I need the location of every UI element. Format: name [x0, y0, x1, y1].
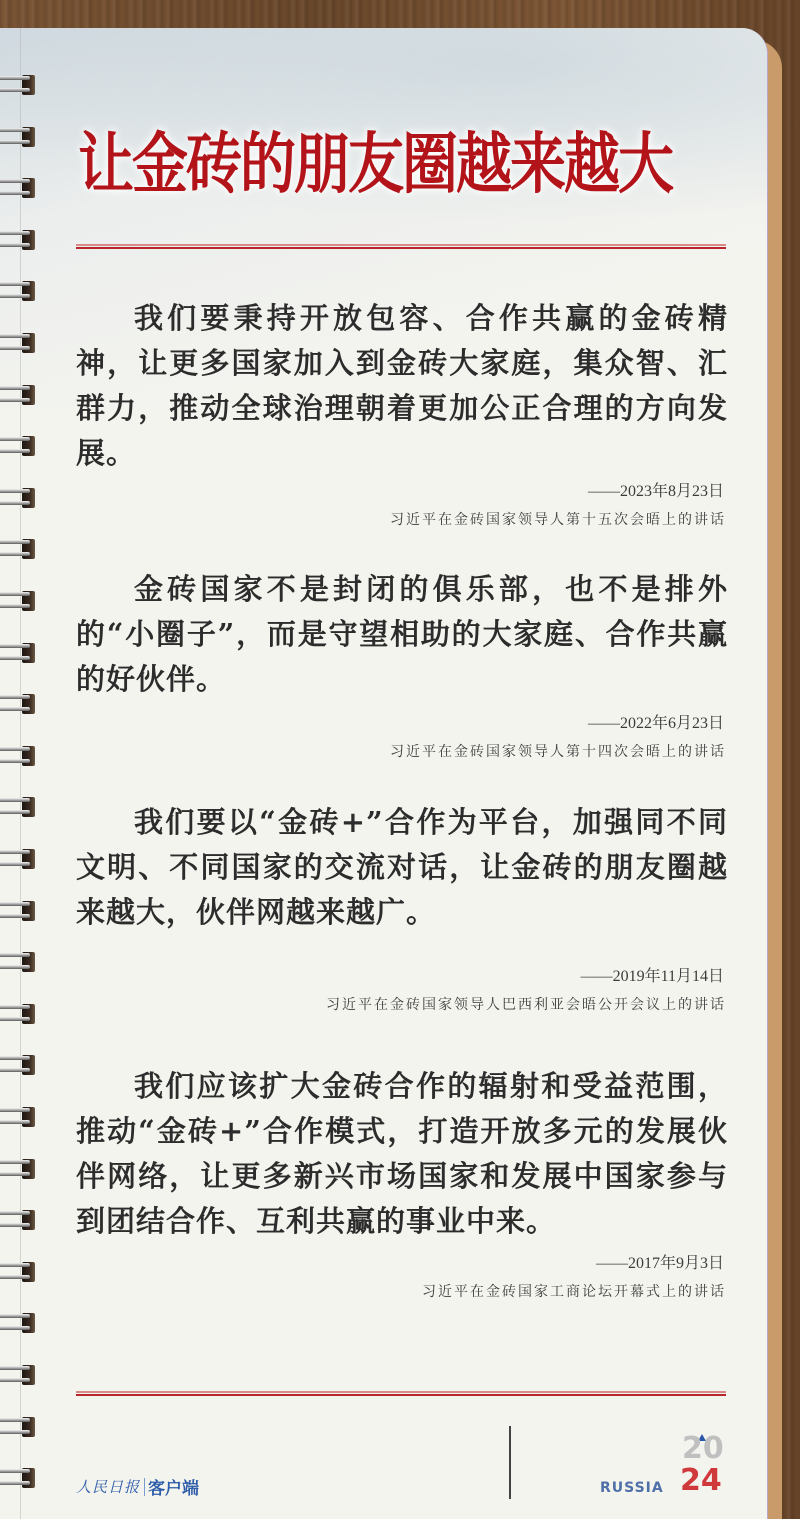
wire-loop	[0, 604, 30, 608]
wire-loop	[0, 140, 30, 144]
wire-loop	[0, 707, 30, 711]
wire-loop	[0, 191, 30, 195]
quote-block-2019: 我们要以“金砖+”合作为平台，加强同不同文明、不同国家的交流对话，让金砖的朋友圈…	[76, 800, 728, 1014]
quote-text: 我们应该扩大金砖合作的辐射和受益范围，推动“金砖+”合作模式，打造开放多元的发展…	[76, 1064, 728, 1244]
spiral-ring-icon	[0, 692, 36, 716]
wire-loop	[0, 1160, 30, 1164]
wire-loop	[0, 810, 30, 814]
wire-loop	[0, 334, 30, 338]
quote-source: 习近平在金砖国家工商论坛开幕式上的讲话	[76, 1281, 728, 1301]
wire-loop	[0, 1481, 30, 1485]
wire-loop	[0, 386, 30, 390]
wire-loop	[0, 695, 30, 699]
publisher-logo: 人民日报 客户端	[76, 1474, 199, 1499]
quote-date: ——2019年11月14日	[76, 963, 728, 986]
spiral-ring-icon	[0, 1466, 36, 1490]
brics-letter-b: B	[522, 1430, 551, 1470]
spiral-ring-icon	[0, 1415, 36, 1439]
wire-loop	[0, 1211, 30, 1215]
brics-letter-r: R	[551, 1430, 580, 1470]
spiral-ring-icon	[0, 1311, 36, 1335]
spiral-binding	[0, 0, 40, 1519]
quote-source: 习近平在金砖国家领导人第十四次会晤上的讲话	[76, 741, 728, 761]
wire-loop	[0, 1378, 30, 1382]
wire-loop	[0, 231, 30, 235]
spiral-ring-icon	[0, 1363, 36, 1387]
wire-loop	[0, 552, 30, 556]
spiral-ring-icon	[0, 1260, 36, 1284]
wire-loop	[0, 1223, 30, 1227]
spiral-ring-icon	[0, 383, 36, 407]
spiral-ring-icon	[0, 950, 36, 974]
wire-loop	[0, 1314, 30, 1318]
spiral-ring-icon	[0, 589, 36, 613]
wire-loop	[0, 437, 30, 441]
wire-loop	[0, 1326, 30, 1330]
wire-loop	[0, 902, 30, 906]
wire-loop	[0, 759, 30, 763]
wire-loop	[0, 1418, 30, 1422]
wire-loop	[0, 282, 30, 286]
wire-loop	[0, 862, 30, 866]
spiral-ring-icon	[0, 641, 36, 665]
page-title: 让金砖的朋友圈越来越大	[78, 112, 672, 206]
quote-block-2017: 我们应该扩大金砖合作的辐射和受益范围，推动“金砖+”合作模式，打造开放多元的发展…	[76, 1064, 728, 1301]
wire-loop	[0, 953, 30, 957]
wire-loop	[0, 501, 30, 505]
logo-year-top: 20	[682, 1434, 724, 1464]
wire-loop	[0, 1172, 30, 1176]
wire-loop	[0, 1005, 30, 1009]
spiral-ring-icon	[0, 899, 36, 923]
spiral-ring-icon	[0, 1053, 36, 1077]
wire-loop	[0, 540, 30, 544]
wire-loop	[0, 449, 30, 453]
spiral-ring-icon	[0, 1105, 36, 1129]
spiral-ring-icon	[0, 176, 36, 200]
wire-loop	[0, 1108, 30, 1112]
publisher-app-label: 客户端	[148, 1474, 199, 1499]
quote-text: 我们要以“金砖+”合作为平台，加强同不同文明、不同国家的交流对话，让金砖的朋友圈…	[76, 800, 728, 935]
brics-2024-logo: B R I C S 20 24 RUSSIA	[522, 1430, 732, 1498]
top-divider	[76, 244, 726, 250]
wire-loop	[0, 1275, 30, 1279]
spiral-ring-icon	[0, 73, 36, 97]
wire-loop	[0, 656, 30, 660]
wire-loop	[0, 747, 30, 751]
wire-loop	[0, 1469, 30, 1473]
spiral-ring-icon	[0, 125, 36, 149]
wire-loop	[0, 914, 30, 918]
publisher-name-calligraphy: 人民日报	[76, 1476, 140, 1497]
publisher-divider	[144, 1478, 145, 1496]
logo-year-bottom: 24	[680, 1466, 722, 1496]
quote-date: ——2022年6月23日	[76, 710, 728, 733]
spiral-ring-icon	[0, 847, 36, 871]
wire-loop	[0, 489, 30, 493]
wire-loop	[0, 1017, 30, 1021]
wire-loop	[0, 1263, 30, 1267]
quote-block-2022: 金砖国家不是封闭的俱乐部，也不是排外的“小圈子”，而是守望相助的大家庭、合作共赢…	[76, 567, 728, 761]
wire-loop	[0, 798, 30, 802]
brics-letter-c: C	[592, 1430, 619, 1470]
spiral-ring-icon	[0, 486, 36, 510]
spiral-ring-icon	[0, 434, 36, 458]
wire-loop	[0, 243, 30, 247]
quote-text: 金砖国家不是封闭的俱乐部，也不是排外的“小圈子”，而是守望相助的大家庭、合作共赢…	[76, 567, 728, 702]
wire-loop	[0, 1056, 30, 1060]
wire-loop	[0, 346, 30, 350]
wire-loop	[0, 294, 30, 298]
quote-date: ——2023年8月23日	[76, 478, 728, 501]
quote-source: 习近平在金砖国家领导人第十五次会晤上的讲话	[76, 509, 728, 529]
spiral-ring-icon	[0, 279, 36, 303]
brics-wordmark: B R I C S	[522, 1430, 646, 1470]
quote-source: 习近平在金砖国家领导人巴西利亚会晤公开会议上的讲话	[76, 994, 728, 1014]
spiral-ring-icon	[0, 331, 36, 355]
spiral-ring-icon	[0, 537, 36, 561]
quote-text: 我们要秉持开放包容、合作共赢的金砖精神，让更多国家加入到金砖大家庭，集众智、汇群…	[76, 296, 728, 476]
quote-date: ——2017年9月3日	[76, 1250, 728, 1273]
spiral-ring-icon	[0, 1208, 36, 1232]
spiral-ring-icon	[0, 1002, 36, 1026]
logo-country: RUSSIA	[600, 1480, 664, 1496]
bottom-divider	[76, 1391, 726, 1397]
quote-block-2023: 我们要秉持开放包容、合作共赢的金砖精神，让更多国家加入到金砖大家庭，集众智、汇群…	[76, 296, 728, 529]
wire-loop	[0, 1366, 30, 1370]
footer-vertical-divider	[509, 1426, 511, 1499]
spiral-ring-icon	[0, 228, 36, 252]
wire-loop	[0, 1430, 30, 1434]
wire-loop	[0, 1068, 30, 1072]
spiral-ring-icon	[0, 795, 36, 819]
spiral-ring-icon	[0, 1157, 36, 1181]
wire-loop	[0, 179, 30, 183]
wire-loop	[0, 592, 30, 596]
wire-loop	[0, 76, 30, 80]
brics-letter-s: S	[620, 1430, 647, 1470]
wire-loop	[0, 1120, 30, 1124]
wire-loop	[0, 850, 30, 854]
spiral-ring-icon	[0, 744, 36, 768]
wire-loop	[0, 965, 30, 969]
wire-loop	[0, 398, 30, 402]
wire-loop	[0, 644, 30, 648]
brics-letter-i: I	[579, 1430, 592, 1470]
wire-loop	[0, 128, 30, 132]
wire-loop	[0, 88, 30, 92]
